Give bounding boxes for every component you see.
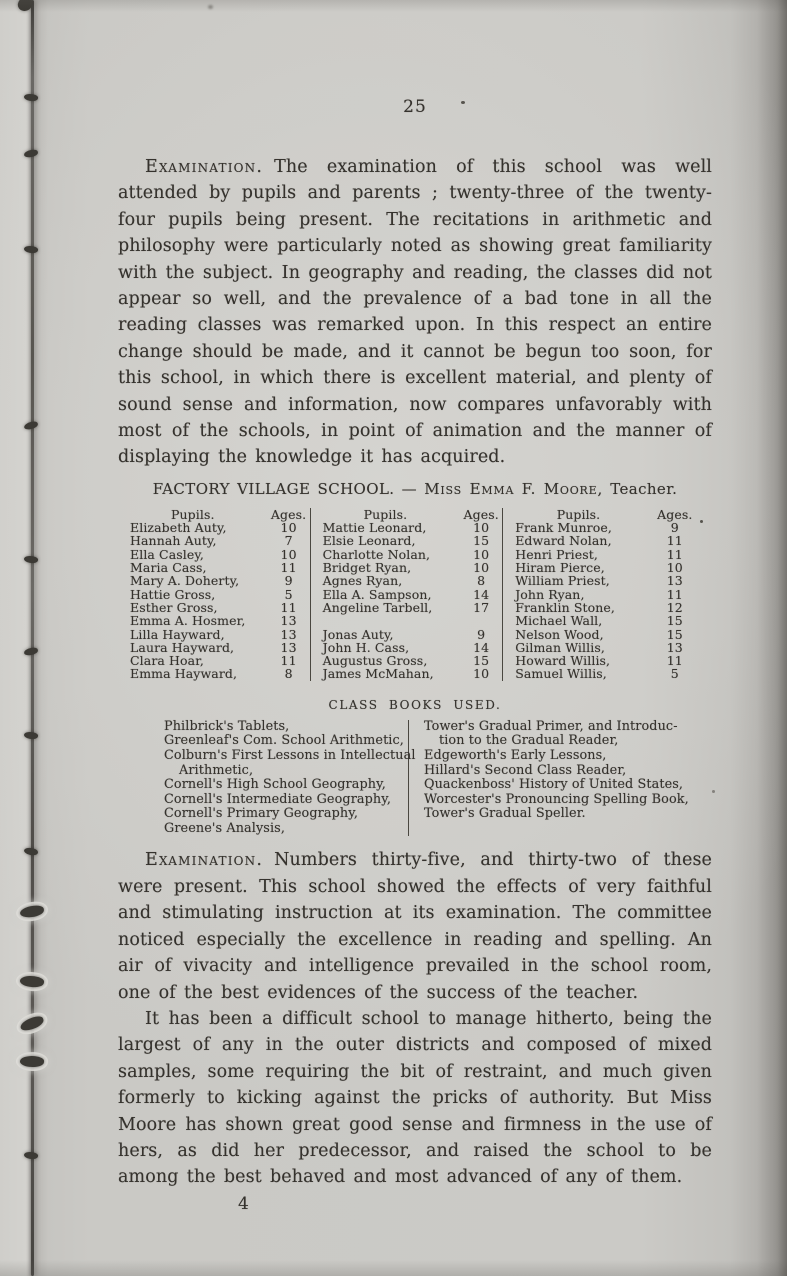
- pupil-age: 11: [654, 534, 696, 547]
- pupil-age: 9: [654, 521, 696, 534]
- table-row: Samuel Willis, 5: [503, 667, 696, 680]
- pupil-age: 10: [460, 521, 502, 534]
- table-row: Hiram Pierce, 10: [503, 561, 696, 574]
- pupil-name: James McMahan,: [311, 667, 461, 680]
- pupil-age: 10: [268, 548, 310, 561]
- page-content: 25 Examination.The examination of this s…: [118, 0, 712, 1214]
- pupil-name: Mattie Leonard,: [311, 521, 461, 534]
- book-title: Greenleaf's Com. School Arithmetic,: [164, 734, 408, 749]
- table-row: Franklin Stone, 12: [503, 601, 696, 614]
- binding-stitch-mark: [23, 93, 38, 102]
- pupil-age: 15: [654, 628, 696, 641]
- pupil-age: 9: [268, 574, 310, 587]
- pupil-age: 11: [654, 588, 696, 601]
- pupil-name: Jonas Auty,: [311, 628, 461, 641]
- pupil-name: Henri Priest,: [503, 548, 654, 561]
- table-row: Emma A. Hosmer, 13: [118, 614, 310, 627]
- pupil-age: 14: [460, 588, 502, 601]
- table-row: Bridget Ryan, 10: [311, 561, 503, 574]
- class-books-lists: Philbrick's Tablets, Greenleaf's Com. Sc…: [164, 720, 712, 837]
- teacher-label: Teacher.: [603, 480, 677, 498]
- pupil-age: 11: [654, 654, 696, 667]
- table-header-row: Pupils. Ages.: [503, 508, 696, 521]
- pupils-column-header: Pupils.: [503, 508, 654, 521]
- school-section-title: FACTORY VILLAGE SCHOOL. — Miss Emma F. M…: [118, 480, 712, 498]
- pupil-name: Hattie Gross,: [118, 588, 268, 601]
- pupil-age: 10: [654, 561, 696, 574]
- school-name: FACTORY VILLAGE SCHOOL. —: [153, 480, 425, 498]
- pupil-name: Elizabeth Auty,: [118, 521, 268, 534]
- pupils-column-2: Pupils. Ages. Mattie Leonard, 10 Elsie L…: [311, 508, 504, 681]
- scanned-book-page: 25 Examination.The examination of this s…: [0, 0, 787, 1276]
- page-number: 25: [118, 97, 712, 117]
- pupil-name: Emma Hayward,: [118, 667, 268, 680]
- table-row: Mary A. Doherty, 9: [118, 574, 310, 587]
- book-title: Quackenboss' History of United States,: [424, 778, 689, 793]
- book-title: Arithmetic,: [164, 764, 408, 779]
- pupil-name: Franklin Stone,: [503, 601, 654, 614]
- pupil-name: Lilla Hayward,: [118, 628, 268, 641]
- book-title: Cornell's Intermediate Geography,: [164, 793, 408, 808]
- binding-stitch-mark: [20, 1055, 45, 1068]
- pupils-column-3: Pupils. Ages. Frank Munroe, 9 Edward Nol…: [503, 508, 696, 681]
- book-title: Tower's Gradual Primer, and Introduc-: [424, 720, 689, 735]
- class-books-heading: CLASS BOOKS USED.: [118, 698, 712, 712]
- book-title: Edgeworth's Early Lessons,: [424, 749, 689, 764]
- pupil-age: 10: [460, 667, 502, 680]
- table-row: Charlotte Nolan, 10: [311, 548, 503, 561]
- pupil-name: John H. Cass,: [311, 641, 461, 654]
- examination-2-heading: Examination.: [145, 850, 263, 870]
- pupil-age: 5: [268, 588, 310, 601]
- pupil-name: Frank Munroe,: [503, 521, 654, 534]
- binding-crease-line: [31, 0, 34, 1276]
- binding-stitch-mark: [24, 647, 39, 656]
- pupil-name: Hannah Auty,: [118, 534, 268, 547]
- closing-text: It has been a difficult school to manage…: [118, 1009, 712, 1187]
- pupil-age: 13: [654, 641, 696, 654]
- pupils-column-header: Pupils.: [311, 508, 461, 521]
- binding-stitch-mark: [24, 149, 39, 158]
- closing-paragraph: It has been a difficult school to manage…: [118, 1006, 712, 1191]
- pupil-name: Ella A. Sampson,: [311, 588, 461, 601]
- table-row: Hannah Auty, 7: [118, 534, 310, 547]
- pupil-name: John Ryan,: [503, 588, 654, 601]
- book-title: Tower's Gradual Speller.: [424, 807, 689, 822]
- scan-edge-shadow-bottom: [0, 1260, 787, 1276]
- pupil-age: 11: [268, 601, 310, 614]
- pupil-name: Laura Hayward,: [118, 641, 268, 654]
- pupil-age: [460, 614, 502, 627]
- pupil-age: 11: [268, 654, 310, 667]
- pupils-column-header: Pupils.: [118, 508, 268, 521]
- examination-1-text: The examination of this school was well …: [118, 157, 712, 467]
- table-row: Michael Wall, 15: [503, 614, 696, 627]
- pupil-age: 13: [268, 641, 310, 654]
- pupil-age: 8: [460, 574, 502, 587]
- pupil-age: 12: [654, 601, 696, 614]
- pupils-table: Pupils. Ages. Elizabeth Auty, 10 Hannah …: [118, 508, 696, 681]
- pupil-name: Bridget Ryan,: [311, 561, 461, 574]
- teacher-name: Miss Emma F. Moore,: [424, 480, 603, 498]
- pupil-age: 13: [268, 628, 310, 641]
- table-row: Emma Hayward, 8: [118, 667, 310, 680]
- pupil-age: 13: [654, 574, 696, 587]
- binding-stitch-mark: [23, 846, 38, 856]
- pupil-name: Clara Hoar,: [118, 654, 268, 667]
- pupil-name: Edward Nolan,: [503, 534, 654, 547]
- ages-column-header: Ages.: [654, 508, 696, 521]
- table-row: Edward Nolan, 11: [503, 534, 696, 547]
- pupil-age: 11: [654, 548, 696, 561]
- table-row: Frank Munroe, 9: [503, 521, 696, 534]
- pupil-age: 10: [460, 561, 502, 574]
- scan-edge-shadow-right: [757, 0, 787, 1276]
- table-row: Laura Hayward, 13: [118, 641, 310, 654]
- pupil-name: William Priest,: [503, 574, 654, 587]
- binding-stitch-mark: [23, 731, 38, 740]
- examination-1-heading: Examination.: [145, 157, 263, 177]
- paper-speck: [712, 790, 715, 793]
- pupils-rows: Frank Munroe, 9 Edward Nolan, 11 Henri P…: [503, 521, 696, 681]
- pupil-name: Gilman Willis,: [503, 641, 654, 654]
- pupils-rows: Mattie Leonard, 10 Elsie Leonard, 15 Cha…: [311, 521, 503, 681]
- pupils-column-1: Pupils. Ages. Elizabeth Auty, 10 Hannah …: [118, 508, 311, 681]
- table-row: Angeline Tarbell, 17: [311, 601, 503, 614]
- book-title: Cornell's High School Geography,: [164, 778, 408, 793]
- binding-stitch-mark: [19, 974, 44, 988]
- pupil-age: 15: [460, 534, 502, 547]
- table-row: James McMahan, 10: [311, 667, 503, 680]
- pupil-name: Esther Gross,: [118, 601, 268, 614]
- pupil-age: 7: [268, 534, 310, 547]
- pupil-age: 11: [268, 561, 310, 574]
- pupil-name: Emma A. Hosmer,: [118, 614, 268, 627]
- ages-column-header: Ages.: [268, 508, 310, 521]
- examination-2-text: Numbers thirty-five, and thirty-two of t…: [118, 850, 712, 1002]
- table-row: Agnes Ryan, 8: [311, 574, 503, 587]
- examination-2-paragraph: Examination.Numbers thirty-five, and thi…: [118, 847, 712, 1005]
- binding-stitch-mark: [23, 555, 38, 564]
- table-row: Augustus Gross, 15: [311, 654, 503, 667]
- table-row: Ella Casley, 10: [118, 548, 310, 561]
- table-row: Esther Gross, 11: [118, 601, 310, 614]
- binding-stitch-mark: [23, 245, 38, 254]
- book-title: Hillard's Second Class Reader,: [424, 764, 689, 779]
- book-title: Greene's Analysis,: [164, 822, 408, 837]
- pupil-age: 17: [460, 601, 502, 614]
- pupil-age: 10: [460, 548, 502, 561]
- table-row: Gilman Willis, 13: [503, 641, 696, 654]
- table-row: Elsie Leonard, 15: [311, 534, 503, 547]
- pupil-name: Charlotte Nolan,: [311, 548, 461, 561]
- table-row: Henri Priest, 11: [503, 548, 696, 561]
- table-row: Lilla Hayward, 13: [118, 628, 310, 641]
- pupil-name: Maria Cass,: [118, 561, 268, 574]
- examination-1-paragraph: Examination.The examination of this scho…: [118, 154, 712, 471]
- pupil-age: 13: [268, 614, 310, 627]
- ages-column-header: Ages.: [460, 508, 502, 521]
- table-row: Hattie Gross, 5: [118, 588, 310, 601]
- pupil-name: Augustus Gross,: [311, 654, 461, 667]
- table-row: [311, 614, 503, 627]
- class-books-right-column: Tower's Gradual Primer, and Introduc- ti…: [409, 720, 689, 837]
- table-row: Mattie Leonard, 10: [311, 521, 503, 534]
- pupil-name: Howard Willis,: [503, 654, 654, 667]
- pupil-age: 15: [460, 654, 502, 667]
- binding-stitch-mark: [23, 1151, 38, 1160]
- book-title: Cornell's Primary Geography,: [164, 807, 408, 822]
- book-title: tion to the Gradual Reader,: [424, 734, 689, 749]
- pupil-age: 5: [654, 667, 696, 680]
- binding-stitch-mark: [23, 421, 38, 431]
- signature-mark: 4: [238, 1194, 712, 1214]
- pupil-name: Elsie Leonard,: [311, 534, 461, 547]
- pupil-name: [311, 614, 461, 627]
- table-row: William Priest, 13: [503, 574, 696, 587]
- pupils-rows: Elizabeth Auty, 10 Hannah Auty, 7 Ella C…: [118, 521, 310, 681]
- table-row: Clara Hoar, 11: [118, 654, 310, 667]
- table-row: Ella A. Sampson, 14: [311, 588, 503, 601]
- pupil-name: Mary A. Doherty,: [118, 574, 268, 587]
- book-title: Philbrick's Tablets,: [164, 720, 408, 735]
- pupil-name: Nelson Wood,: [503, 628, 654, 641]
- pupil-name: Ella Casley,: [118, 548, 268, 561]
- pupil-age: 9: [460, 628, 502, 641]
- pupil-name: Agnes Ryan,: [311, 574, 461, 587]
- pupil-age: 8: [268, 667, 310, 680]
- class-books-left-column: Philbrick's Tablets, Greenleaf's Com. Sc…: [164, 720, 409, 837]
- pupil-name: Samuel Willis,: [503, 667, 654, 680]
- table-row: John H. Cass, 14: [311, 641, 503, 654]
- pupil-name: Michael Wall,: [503, 614, 654, 627]
- pupil-age: 14: [460, 641, 502, 654]
- book-title: Worcester's Pronouncing Spelling Book,: [424, 793, 689, 808]
- pupil-age: 10: [268, 521, 310, 534]
- table-row: Nelson Wood, 15: [503, 628, 696, 641]
- book-title: Colburn's First Lessons in Intellectual: [164, 749, 408, 764]
- table-header-row: Pupils. Ages.: [311, 508, 503, 521]
- table-row: Maria Cass, 11: [118, 561, 310, 574]
- table-row: John Ryan, 11: [503, 588, 696, 601]
- pupil-name: Angeline Tarbell,: [311, 601, 461, 614]
- binding-stitch-mark: [19, 905, 44, 918]
- table-row: Jonas Auty, 9: [311, 628, 503, 641]
- table-header-row: Pupils. Ages.: [118, 508, 310, 521]
- pupil-age: 15: [654, 614, 696, 627]
- table-row: Howard Willis, 11: [503, 654, 696, 667]
- pupil-name: Hiram Pierce,: [503, 561, 654, 574]
- table-row: Elizabeth Auty, 10: [118, 521, 310, 534]
